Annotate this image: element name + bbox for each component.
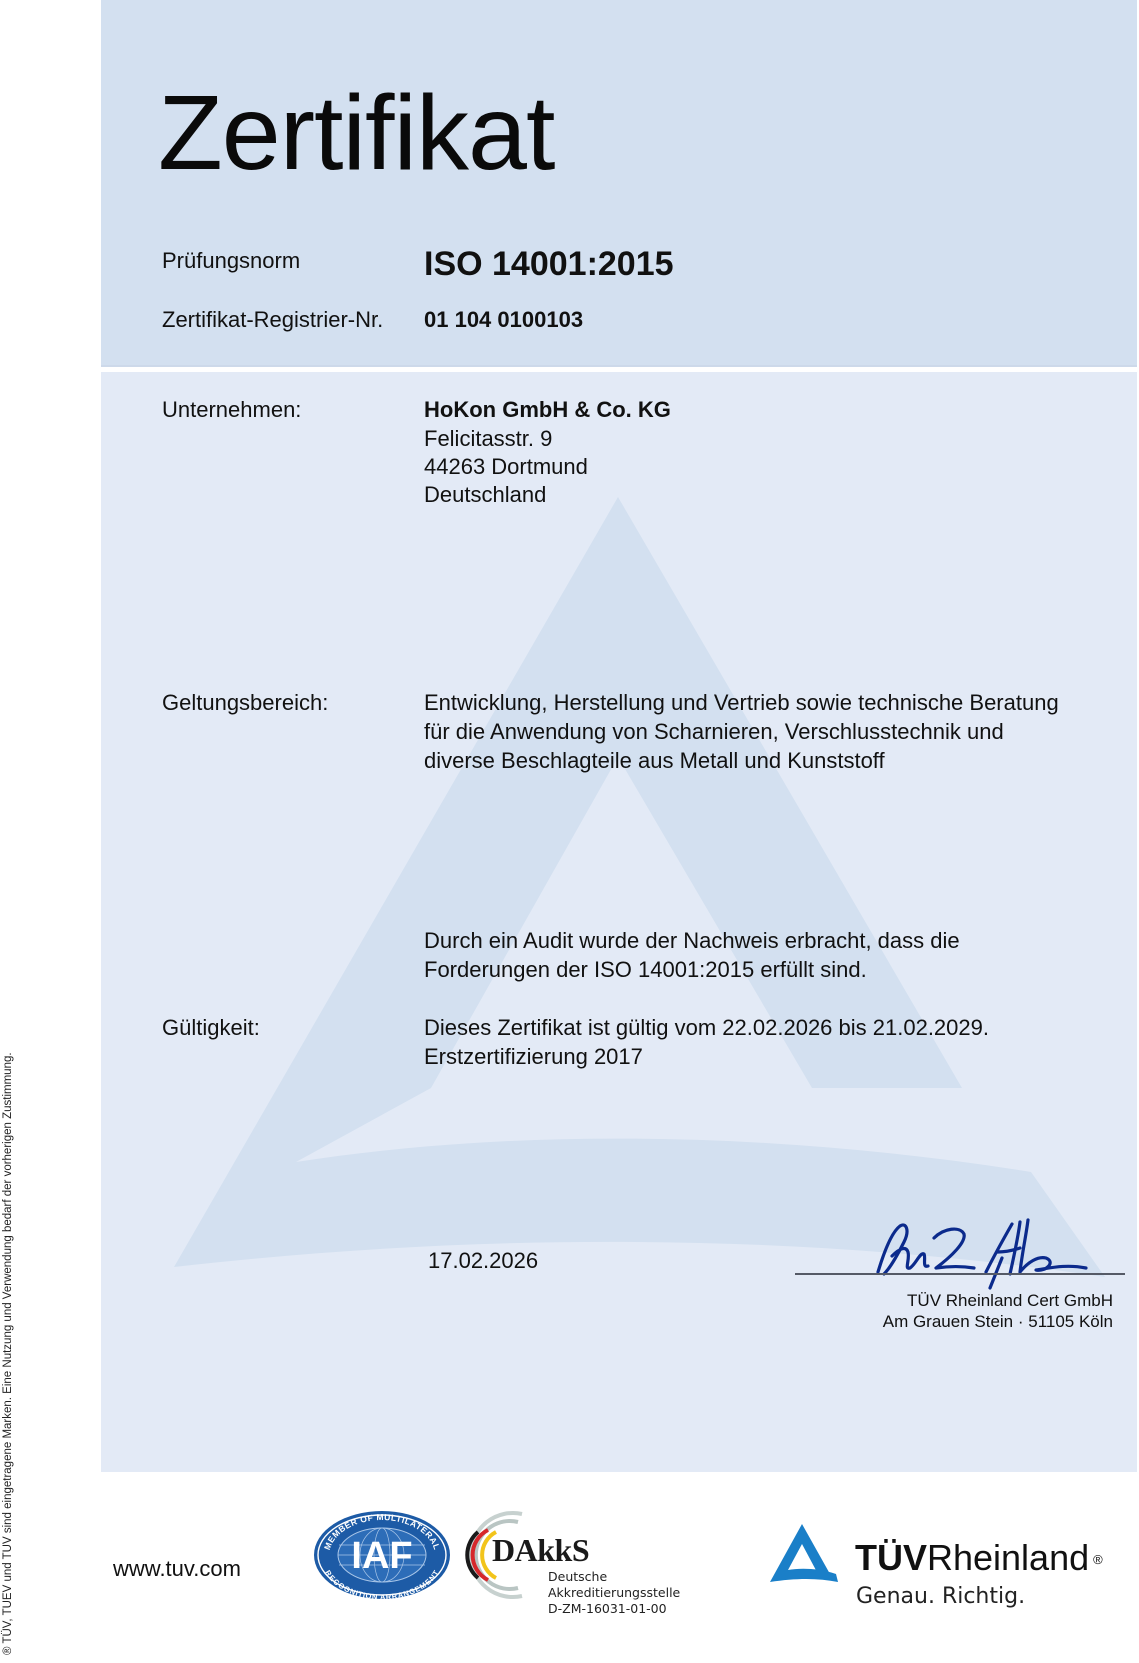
tuv-claim: Genau. Richtig. [856,1584,1025,1609]
company-name: HoKon GmbH & Co. KG [424,395,671,424]
tuv-rheinland-triangle-icon [768,1522,840,1586]
registered-mark: ® [1093,1552,1103,1567]
scope-line: Entwicklung, Herstellung und Vertrieb so… [424,688,1059,717]
trademark-notice: ® TÜV, TUEV und TUV sind eingetragene Ma… [1,655,15,1663]
tuv-brand-regular: Rheinland [927,1537,1089,1578]
validity-period: Dieses Zertifikat ist gültig vom 22.02.2… [424,1013,989,1042]
scope-line: für die Anwendung von Scharnieren, Versc… [424,717,1004,746]
certificate-title: Zertifikat [158,78,554,188]
issuer-address: Am Grauen Stein · 51105 Köln [883,1311,1113,1332]
norm-value: ISO 14001:2015 [424,244,674,284]
company-city: 44263 Dortmund [424,452,588,481]
signature-icon [870,1212,1100,1292]
issuer-name: TÜV Rheinland Cert GmbH [907,1290,1113,1311]
scope-label: Geltungsbereich: [162,688,328,717]
footer-website-link[interactable]: www.tuv.com [113,1556,241,1582]
company-label: Unternehmen: [162,395,301,424]
company-street: Felicitasstr. 9 [424,424,552,453]
svg-text:IAF: IAF [351,1535,412,1577]
dakks-accreditation-number: D-ZM-16031-01-00 [548,1601,667,1616]
audit-statement-line: Durch ein Audit wurde der Nachweis erbra… [424,926,960,955]
dakks-line: Akkreditierungsstelle [548,1585,680,1600]
registration-label: Zertifikat-Registrier-Nr. [162,305,383,334]
iaf-logo-icon: IAF MEMBER OF MULTILATERAL RECOGNITION A… [313,1510,451,1600]
scope-line: diverse Beschlagteile aus Metall und Kun… [424,746,885,775]
company-country: Deutschland [424,480,546,509]
tuv-rheinland-wordmark: TÜVRheinland® [855,1538,1103,1578]
issue-date: 17.02.2026 [428,1246,538,1275]
dakks-name: DAkkS [492,1532,589,1569]
audit-statement-line: Forderungen der ISO 14001:2015 erfüllt s… [424,955,867,984]
validity-label: Gültigkeit: [162,1013,260,1042]
signature-line [795,1273,1125,1275]
first-certification: Erstzertifizierung 2017 [424,1042,643,1071]
dakks-line: Deutsche [548,1569,607,1584]
tuv-brand-bold: TÜV [855,1537,927,1578]
norm-label: Prüfungsnorm [162,246,300,275]
registration-number: 01 104 0100103 [424,305,583,334]
